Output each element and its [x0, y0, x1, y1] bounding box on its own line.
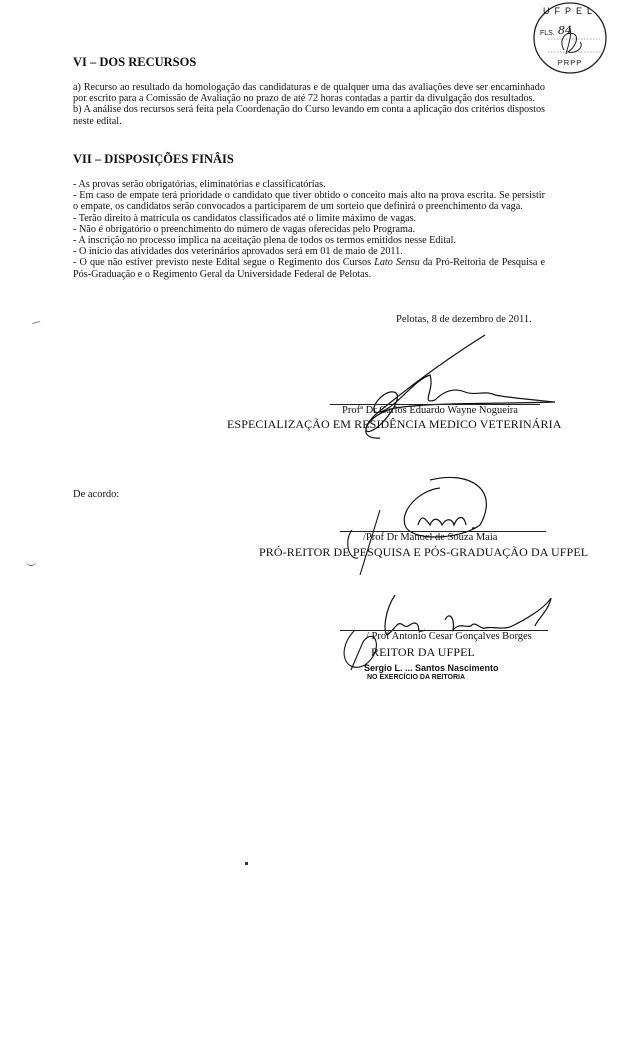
section-7-item: - As provas serão obrigatórias, eliminat…	[73, 179, 545, 190]
section-7-item: - O início das atividades dos veterinári…	[73, 246, 545, 257]
signature-3-stamp-name: Sergio L. ... Santos Nascimento	[364, 663, 499, 673]
stamp-bottom-text: PRPP	[518, 58, 622, 67]
section-6-item: a) Recurso ao resultado da homologação d…	[73, 82, 545, 104]
section-7-item: - A inscrição no processo implica na ace…	[73, 235, 545, 246]
scan-mark	[32, 319, 41, 324]
scan-mark	[245, 862, 248, 865]
section-7-item: - Terão direito à matrícula os candidato…	[73, 213, 545, 224]
signature-2-name: /Prof Dr Manoel de Souza Maia	[363, 532, 497, 543]
section-7-heading: VII – DISPOSIÇÕES FINÂIS	[73, 152, 234, 167]
section-6-item: b) A análise dos recursos será feita pel…	[73, 104, 545, 126]
signature-3-name: / Prof Antonio Cesar Gonçalves Borges	[366, 631, 532, 642]
section-7-body: - As provas serão obrigatórias, eliminat…	[73, 179, 545, 280]
signature-3-title: REITOR DA UFPEL	[371, 645, 475, 660]
protocol-stamp: UFPEL FLS. 84 PRPP	[518, 2, 622, 74]
agreement-label: De acordo:	[73, 489, 119, 500]
signature-2-scribble-icon	[330, 470, 530, 580]
stamp-fls-number: 84	[558, 24, 572, 37]
signature-2-title: PRÓ-REITOR DE PESQUISA E PÓS-GRADUAÇÃO D…	[259, 545, 588, 560]
section-7-item: - Em caso de empate terá prioridade o ca…	[73, 190, 545, 212]
stamp-fls-label: FLS.	[540, 30, 555, 37]
scan-mark	[26, 561, 36, 566]
place-date: Pelotas, 8 de dezembro de 2011.	[396, 314, 532, 325]
section-7-item-last: - O que não estiver previsto neste Edita…	[73, 257, 545, 279]
section-7-item: - Não é obrigatório o preenchimento do n…	[73, 224, 545, 235]
signature-1-title: ESPECIALIZAÇÃO EM RESIDÊNCIA MEDICO VETE…	[227, 417, 561, 432]
stamp-top-text: UFPEL	[518, 6, 622, 16]
section-6-heading: VI – DOS RECURSOS	[73, 55, 196, 70]
signature-3-stamp-role: NO EXERCÍCIO DA REITORIA	[367, 674, 465, 681]
section-6-body: a) Recurso ao resultado da homologação d…	[73, 82, 545, 127]
signature-1-name: Profª Dr Carlos Eduardo Wayne Nogueira	[342, 405, 518, 416]
